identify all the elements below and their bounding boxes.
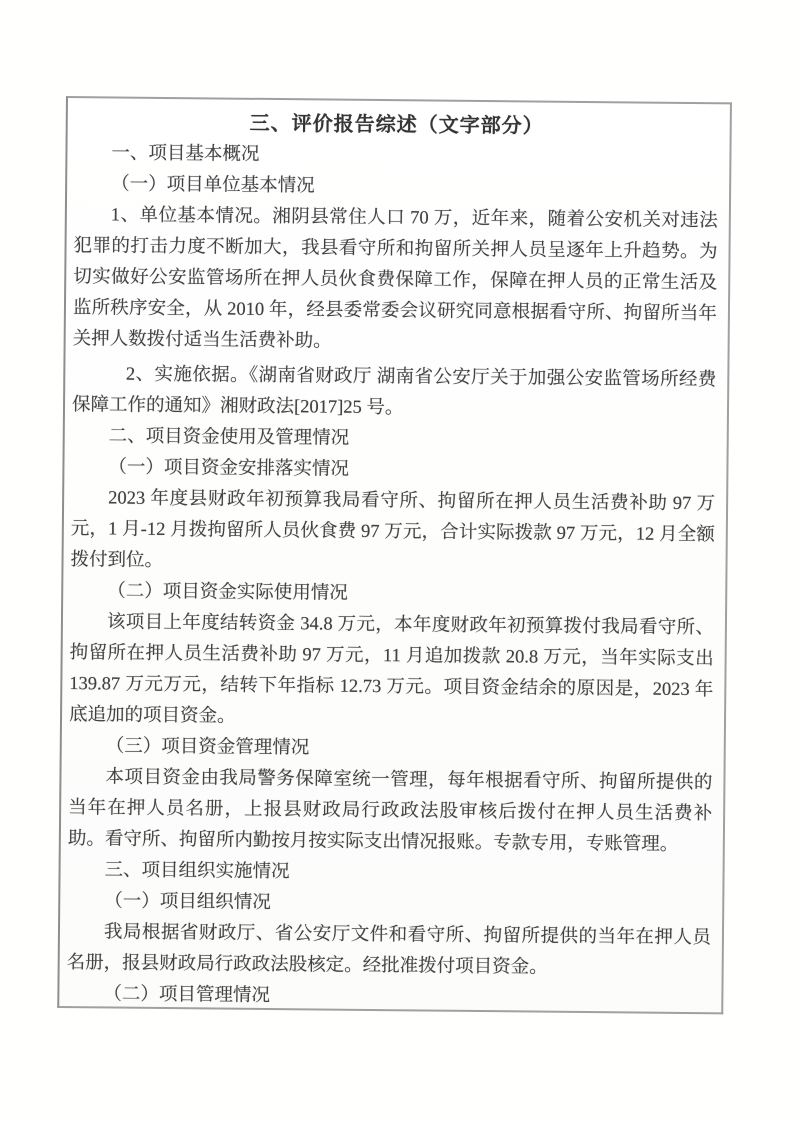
paragraph-fund-management: 本项目资金由我局警务保障室统一管理，每年根据看守所、拘留所提供的当年在押人员名册… [68,762,713,861]
paragraph-unit-basic-info: 1、单位基本情况。湘阴县常住人口 70 万，近年来，随着公安机关对违法犯罪的打击… [73,200,718,361]
paragraph-fund-arrangement: 2023 年度县财政年初预算我局看守所、拘留所在押人员生活费补助 97 万元，1… [70,483,715,582]
scanned-page: 三、评价报告综述（文字部分） 一、项目基本概况 （一）项目单位基本情况 1、单位… [0,0,792,1125]
paragraph-fund-usage: 该项目上年度结转资金 34.8 万元，本年度财政年初预算拨付我局看守所、拘留所在… [69,607,714,737]
paragraph-implementation-basis: 2、实施依据。《湖南省财政厅 湖南省公安厅关于加强公安监管场所经费保障工作的通知… [72,359,717,427]
subsection-heading-3-2: （二）项目管理情况 [66,979,710,1014]
document-border-frame: 三、评价报告综述（文字部分） 一、项目基本概况 （一）项目单位基本情况 1、单位… [57,96,732,1014]
paragraph-organization: 我局根据省财政厅、省公安厅文件和看守所、拘留所提供的当年在押人员名册，报县财政局… [67,917,712,985]
